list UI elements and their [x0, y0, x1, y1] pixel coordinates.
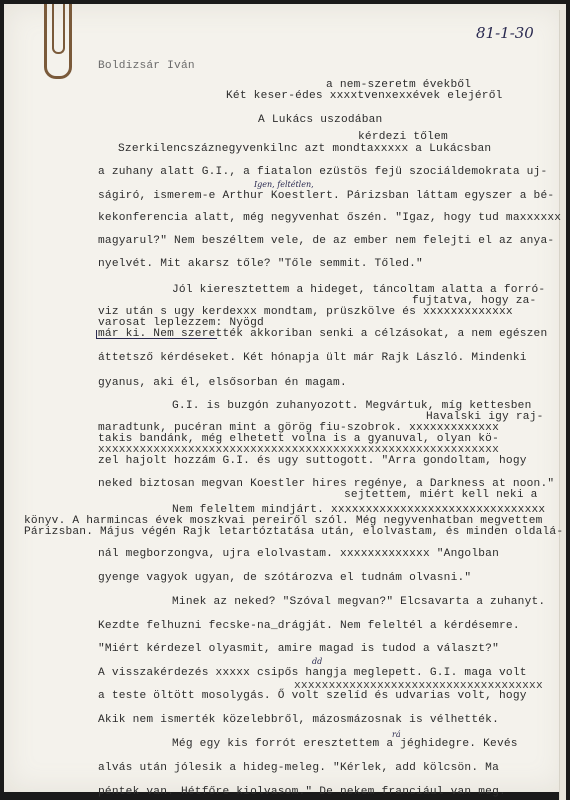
text-line: gyenge vagyok ugyan, de szótározva el tu… [98, 572, 471, 584]
text-line: Minek az neked? "Szóval megvan?" Elcsava… [172, 596, 545, 608]
text-line: Kezdte felhuzni fecske-na_drágját. Nem f… [98, 620, 520, 632]
author-line: Boldizsár Iván [98, 60, 195, 72]
text-line: a zuhany alatt G.I., a fiatalon ezüstös … [98, 166, 547, 178]
text-line: Párizsban. Május végén Rajk letartóztatá… [24, 526, 563, 538]
text-line: magyarul?" Nem beszéltem vele, de az emb… [98, 235, 554, 247]
text-line: nyelvét. Mit akarsz tőle? "Tőle semmit. … [98, 258, 423, 270]
text-line: a teste öltött mosolygás. Ő volt szelíd … [98, 690, 527, 702]
text-line: Még egy kis forrót eresztettem a jéghide… [172, 738, 518, 750]
text-line: nál megborzongva, ujra elolvastam. xxxxx… [98, 548, 499, 560]
text-line: zel hajolt hozzám G.I. és ugy suttogott.… [98, 455, 527, 467]
page-edge [559, 10, 566, 800]
paperclip-inner-icon [52, 4, 65, 54]
text-line: péntek van. Hétfőre kiolvasom." De nekem… [98, 786, 506, 798]
text-line: "Miért kérdezel olyasmit, amire magad is… [98, 643, 499, 655]
text-line-insert: sejtettem, miért kell neki a [344, 489, 538, 501]
handwritten-margin-note: Igen, feltétlen, [254, 180, 314, 189]
text-line: ságiró, ismerem-e Arthur Koestlert. Pári… [98, 190, 554, 202]
text-line: A visszakérdezés xxxxx csipős hangja meg… [98, 667, 527, 679]
text-line: áttetsző kérdéseket. Két hónapja ült már… [98, 352, 527, 364]
text-line: gyanus, aki él, elsősorban én magam. [98, 377, 347, 389]
text-line: alvás után jólesik a hideg-meleg. "Kérle… [98, 762, 499, 774]
text-line: kekonferencia alatt, még negyvenhat őszé… [98, 212, 561, 224]
text-line: már ki. Nem szerették akkoriban senki a … [98, 328, 547, 340]
text-line: Szerkilencszáznegyvenkilnc azt mondtaxxx… [118, 143, 491, 155]
subtitle: Két keser-édes xxxxtvenxexxévek elejéről [226, 90, 503, 102]
handwritten-reference-number: 81-1-30 [476, 24, 534, 42]
text-line: Akik nem ismerték közelebbről, mázosmázo… [98, 714, 499, 726]
handwritten-insert: dd [312, 657, 322, 666]
line-insert: kérdezi tőlem [358, 131, 448, 143]
heading: A Lukács uszodában [258, 114, 382, 126]
